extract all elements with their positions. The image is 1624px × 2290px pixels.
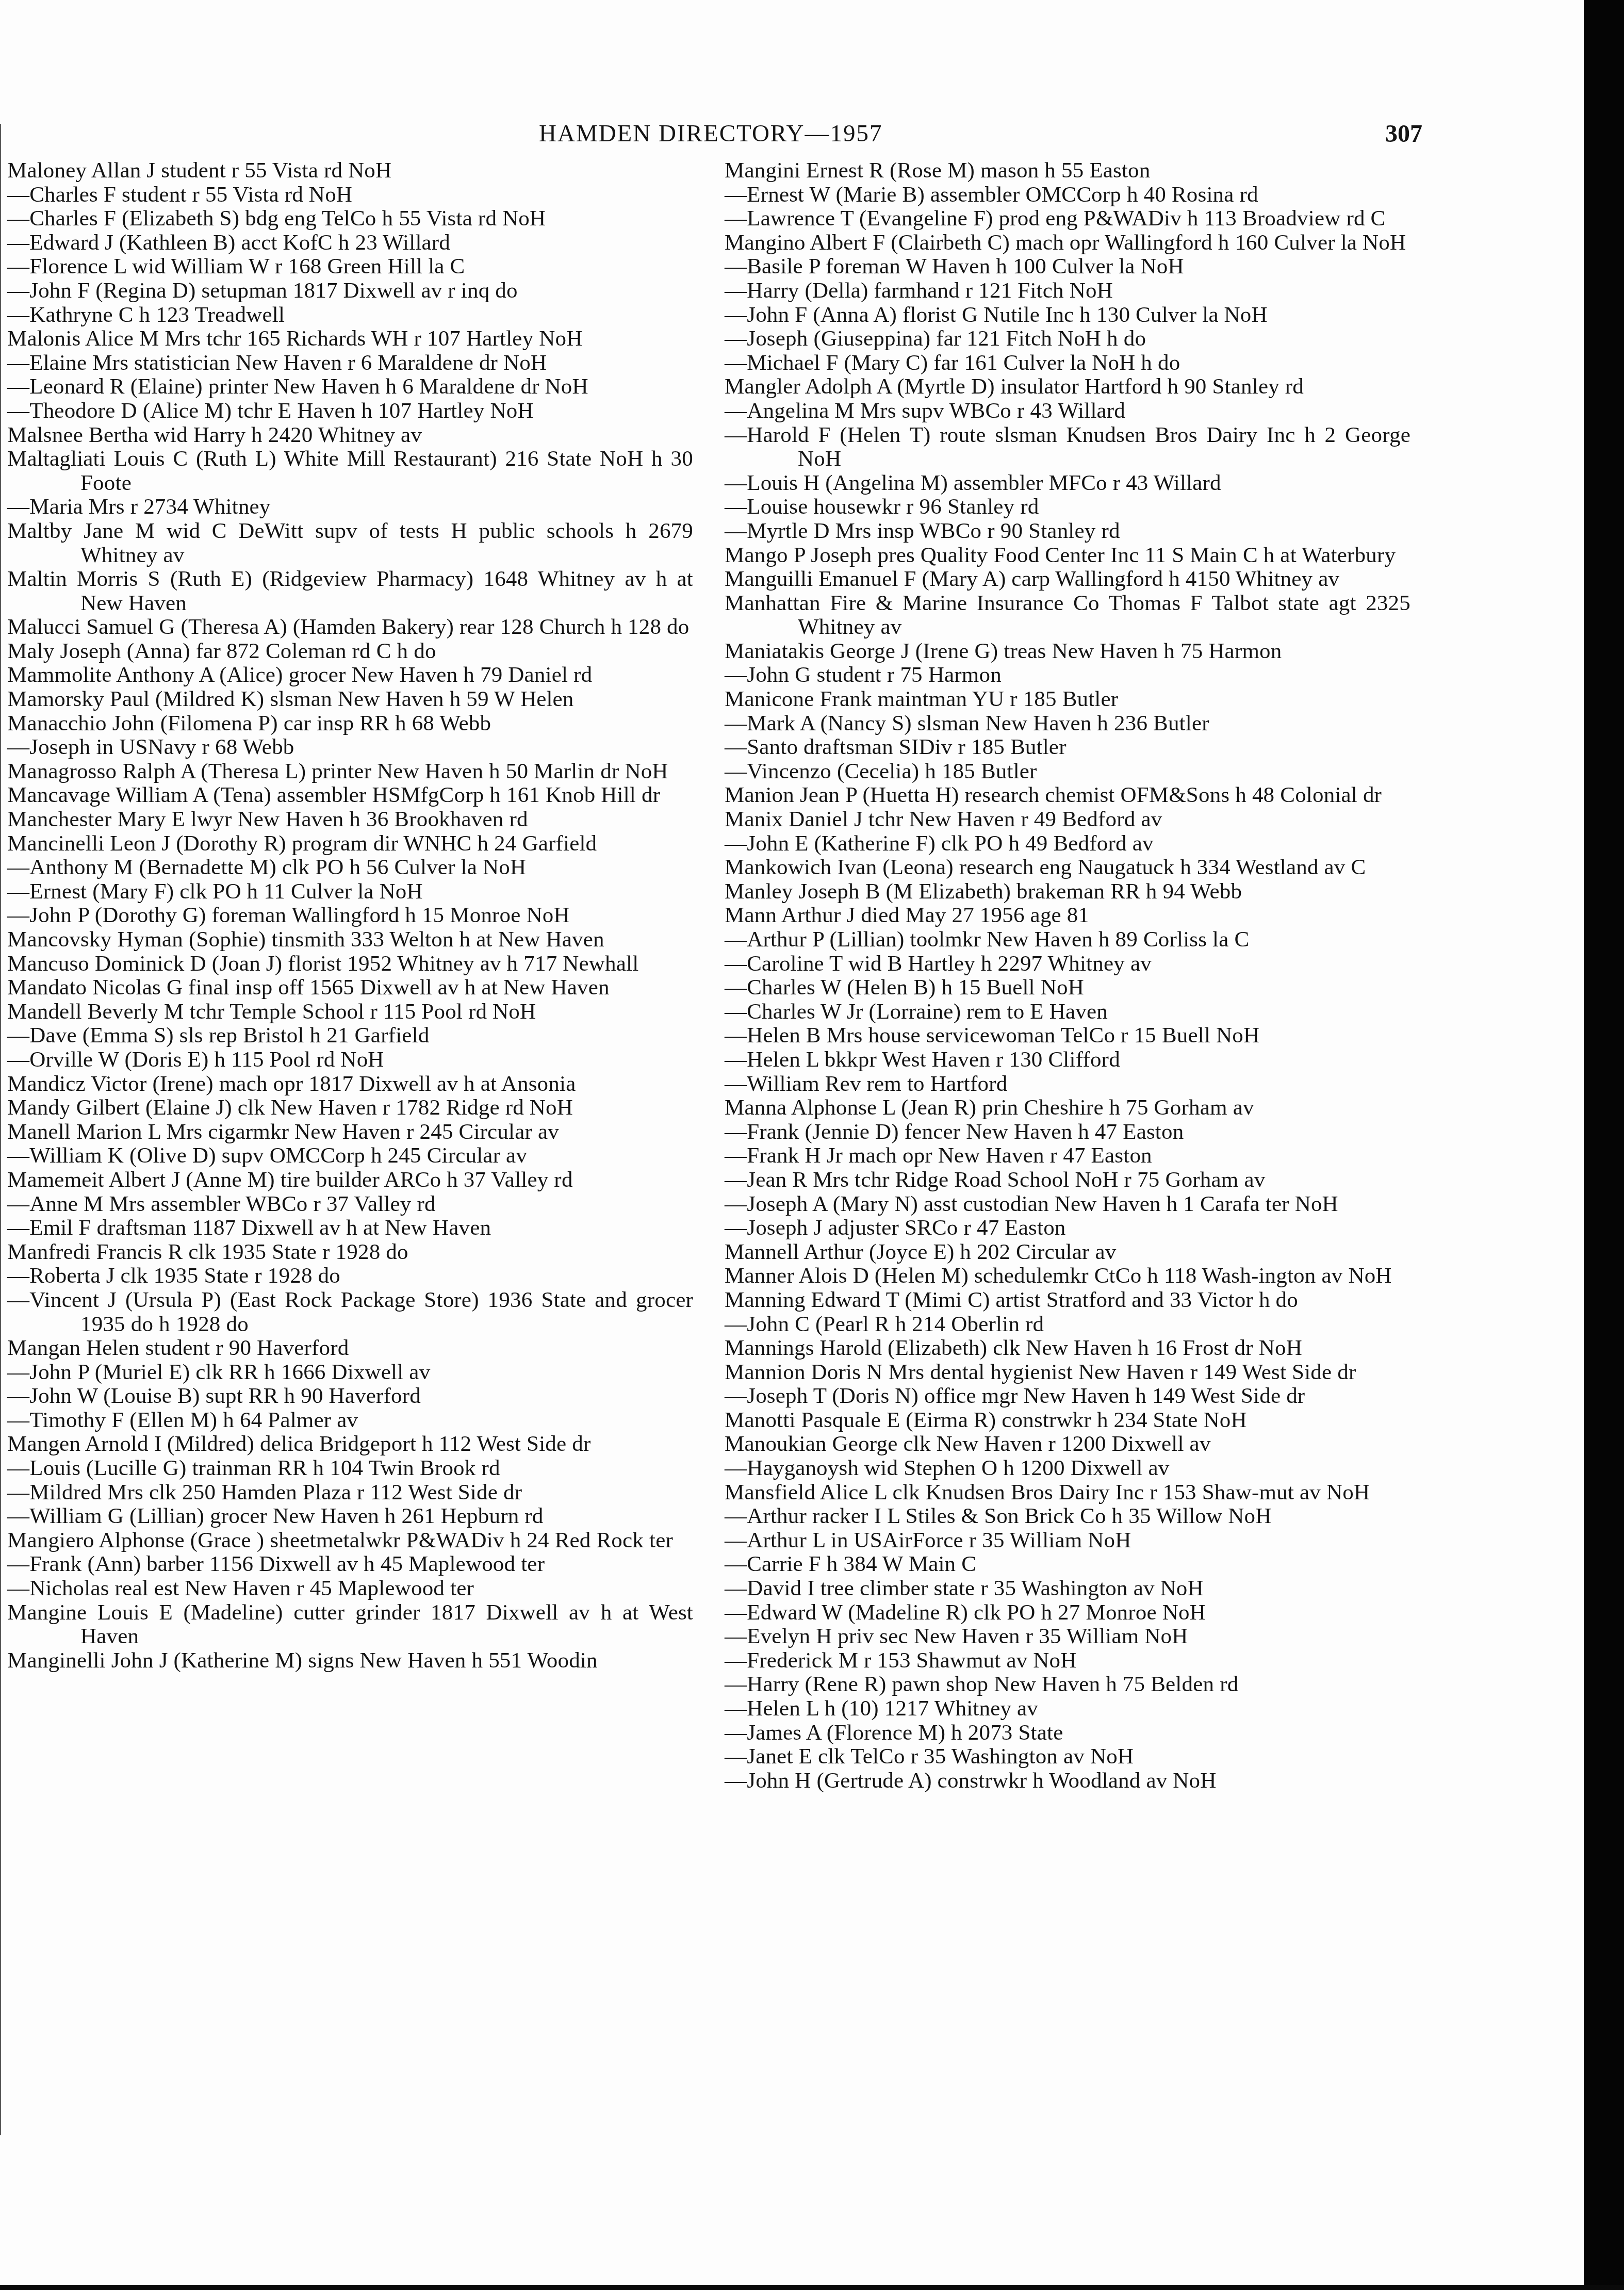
entry-text: —Evelyn H priv sec New Haven r 35 Willia…: [725, 1624, 1188, 1648]
directory-entry: —Roberta J clk 1935 State r 1928 do: [7, 1264, 693, 1288]
entry-text: —Roberta J clk 1935 State r 1928 do: [7, 1264, 340, 1288]
directory-entry: Mancinelli Leon J (Dorothy R) program di…: [7, 832, 693, 856]
directory-entry: Mansfield Alice L clk Knudsen Bros Dairy…: [725, 1481, 1410, 1505]
directory-entry: —Elaine Mrs statistician New Haven r 6 M…: [7, 351, 693, 375]
entry-text: —Vincent J (Ursula P) (East Rock Package…: [7, 1288, 693, 1336]
entry-text: Malonis Alice M Mrs tchr 165 Richards WH…: [7, 326, 583, 351]
directory-entry: Malonis Alice M Mrs tchr 165 Richards WH…: [7, 327, 693, 351]
entry-text: —John F (Regina D) setupman 1817 Dixwell…: [7, 279, 518, 303]
entry-text: —Ernest (Mary F) clk PO h 11 Culver la N…: [7, 879, 423, 904]
directory-entry: —Charles F student r 55 Vista rd NoH: [7, 183, 693, 207]
directory-entry: —Angelina M Mrs supv WBCo r 43 Willard: [725, 399, 1410, 423]
directory-entry: Manicone Frank maintman YU r 185 Butler: [725, 688, 1410, 712]
entry-text: —Edward W (Madeline R) clk PO h 27 Monro…: [725, 1600, 1206, 1625]
directory-entry: —Mildred Mrs clk 250 Hamden Plaza r 112 …: [7, 1481, 693, 1505]
directory-entry: —Myrtle D Mrs insp WBCo r 90 Stanley rd: [725, 519, 1410, 544]
entry-text: —Jean R Mrs tchr Ridge Road School NoH r…: [725, 1168, 1265, 1192]
entry-text: Mann Arthur J died May 27 1956 age 81: [725, 903, 1089, 927]
directory-entry: Manhattan Fire & Marine Insurance Co Tho…: [725, 592, 1410, 640]
directory-entry: Manguilli Emanuel F (Mary A) carp Wallin…: [725, 567, 1410, 592]
entry-text: Maltby Jane M wid C DeWitt supv of tests…: [7, 519, 693, 567]
directory-entry: —Harry (Rene R) pawn shop New Haven h 75…: [725, 1673, 1410, 1697]
entry-text: —John P (Muriel E) clk RR h 1666 Dixwell…: [7, 1360, 430, 1384]
entry-text: —Helen L bkkpr West Haven r 130 Clifford: [725, 1048, 1120, 1072]
directory-entry: —Harry (Della) farmhand r 121 Fitch NoH: [725, 279, 1410, 303]
entry-text: —Joseph J adjuster SRCo r 47 Easton: [725, 1216, 1066, 1240]
directory-entry: Manotti Pasquale E (Eirma R) constrwkr h…: [725, 1409, 1410, 1433]
entry-text: —John W (Louise B) supt RR h 90 Haverfor…: [7, 1384, 421, 1408]
right-column: Mangini Ernest R (Rose M) mason h 55 Eas…: [725, 159, 1410, 1793]
directory-entry: Mangiero Alphonse (Grace ) sheetmetalwkr…: [7, 1529, 693, 1553]
entry-text: —William Rev rem to Hartford: [725, 1072, 1007, 1096]
directory-entry: Malsnee Bertha wid Harry h 2420 Whitney …: [7, 423, 693, 448]
directory-entry: —John F (Regina D) setupman 1817 Dixwell…: [7, 279, 693, 303]
entry-text: Mancinelli Leon J (Dorothy R) program di…: [7, 831, 597, 856]
directory-entry: —Helen B Mrs house servicewoman TelCo r …: [725, 1024, 1410, 1048]
directory-entry: —Frank (Ann) barber 1156 Dixwell av h 45…: [7, 1552, 693, 1577]
entry-text: —Dave (Emma S) sls rep Bristol h 21 Garf…: [7, 1023, 429, 1048]
entry-text: —Nicholas real est New Haven r 45 Maplew…: [7, 1576, 474, 1600]
directory-entry: —John W (Louise B) supt RR h 90 Haverfor…: [7, 1384, 693, 1409]
entry-text: —James A (Florence M) h 2073 State: [725, 1721, 1063, 1745]
directory-entry: —Joseph (Giuseppina) far 121 Fitch NoH h…: [725, 327, 1410, 351]
directory-entry: —Kathryne C h 123 Treadwell: [7, 303, 693, 328]
directory-entry: —Santo draftsman SIDiv r 185 Butler: [725, 735, 1410, 760]
directory-entry: —Basile P foreman W Haven h 100 Culver l…: [725, 255, 1410, 279]
entry-text: —Frederick M r 153 Shawmut av NoH: [725, 1648, 1077, 1673]
directory-entry: Manfredi Francis R clk 1935 State r 1928…: [7, 1240, 693, 1265]
directory-entry: —Louise housewkr r 96 Stanley rd: [725, 495, 1410, 519]
directory-entry: —Helen L h (10) 1217 Whitney av: [725, 1697, 1410, 1721]
directory-entry: —Orville W (Doris E) h 115 Pool rd NoH: [7, 1048, 693, 1072]
directory-entry: —John H (Gertrude A) constrwkr h Woodlan…: [725, 1769, 1410, 1793]
directory-entry: —David I tree climber state r 35 Washing…: [725, 1577, 1410, 1601]
entry-text: Mandell Beverly M tchr Temple School r 1…: [7, 1000, 536, 1024]
entry-text: Mandato Nicolas G final insp off 1565 Di…: [7, 975, 610, 1000]
entry-text: Managrosso Ralph A (Theresa L) printer N…: [7, 759, 668, 783]
directory-entry: —William K (Olive D) supv OMCCorp h 245 …: [7, 1144, 693, 1168]
directory-entry: —James A (Florence M) h 2073 State: [725, 1721, 1410, 1745]
entry-text: —Joseph in USNavy r 68 Webb: [7, 735, 294, 759]
entry-text: Manix Daniel J tchr New Haven r 49 Bedfo…: [725, 807, 1162, 831]
directory-entry: Mamemeit Albert J (Anne M) tire builder …: [7, 1168, 693, 1192]
entry-text: —Joseph T (Doris N) office mgr New Haven…: [725, 1384, 1305, 1408]
entry-text: Manfredi Francis R clk 1935 State r 1928…: [7, 1240, 408, 1264]
directory-entry: —Dave (Emma S) sls rep Bristol h 21 Garf…: [7, 1024, 693, 1048]
entry-text: —John P (Dorothy G) foreman Wallingford …: [7, 903, 570, 927]
entry-text: Maltin Morris S (Ruth E) (Ridgeview Phar…: [7, 567, 693, 615]
entry-text: Mangini Ernest R (Rose M) mason h 55 Eas…: [725, 158, 1151, 183]
directory-entry: Manix Daniel J tchr New Haven r 49 Bedfo…: [725, 808, 1410, 832]
directory-entry: Mammolite Anthony A (Alice) grocer New H…: [7, 663, 693, 688]
entry-text: Mangino Albert F (Clairbeth C) mach opr …: [725, 231, 1406, 255]
entry-text: —John E (Katherine F) clk PO h 49 Bedfor…: [725, 831, 1154, 856]
entry-text: Mamemeit Albert J (Anne M) tire builder …: [7, 1168, 573, 1192]
directory-entry: —Frederick M r 153 Shawmut av NoH: [725, 1649, 1410, 1673]
directory-entry: Maloney Allan J student r 55 Vista rd No…: [7, 159, 693, 183]
directory-entry: —Ernest W (Marie B) assembler OMCCorp h …: [725, 183, 1410, 207]
directory-entry: —Lawrence T (Evangeline F) prod eng P&WA…: [725, 207, 1410, 231]
directory-entry: —Jean R Mrs tchr Ridge Road School NoH r…: [725, 1168, 1410, 1192]
directory-entry: —Louis (Lucille G) trainman RR h 104 Twi…: [7, 1457, 693, 1481]
directory-entry: Manning Edward T (Mimi C) artist Stratfo…: [725, 1288, 1410, 1313]
entry-text: —Michael F (Mary C) far 161 Culver la No…: [725, 351, 1180, 375]
entry-text: Mangiero Alphonse (Grace ) sheetmetalwkr…: [7, 1528, 673, 1552]
entry-text: Malucci Samuel G (Theresa A) (Hamden Bak…: [7, 615, 690, 639]
entry-text: Mangen Arnold I (Mildred) delica Bridgep…: [7, 1432, 591, 1456]
entry-text: —Ernest W (Marie B) assembler OMCCorp h …: [725, 183, 1258, 207]
entry-text: —Basile P foreman W Haven h 100 Culver l…: [725, 254, 1184, 279]
directory-entry: Manginelli John J (Katherine M) signs Ne…: [7, 1649, 693, 1673]
directory-entry: —Michael F (Mary C) far 161 Culver la No…: [725, 351, 1410, 375]
entry-text: Mangler Adolph A (Myrtle D) insulator Ha…: [725, 374, 1304, 399]
entry-text: Manley Joseph B (M Elizabeth) brakeman R…: [725, 879, 1242, 904]
entry-text: —Frank H Jr mach opr New Haven r 47 East…: [725, 1143, 1152, 1168]
directory-entry: Mancavage William A (Tena) assembler HSM…: [7, 783, 693, 808]
directory-entry: Maly Joseph (Anna) far 872 Coleman rd C …: [7, 640, 693, 664]
directory-entry: —Caroline T wid B Hartley h 2297 Whitney…: [725, 952, 1410, 976]
directory-entry: Managrosso Ralph A (Theresa L) printer N…: [7, 760, 693, 784]
directory-entry: —Florence L wid William W r 168 Green Hi…: [7, 255, 693, 279]
directory-entry: —Anthony M (Bernadette M) clk PO h 56 Cu…: [7, 856, 693, 880]
directory-entry: —John C (Pearl R h 214 Oberlin rd: [725, 1313, 1410, 1337]
entry-text: Manion Jean P (Huetta H) research chemis…: [725, 783, 1382, 807]
directory-title: HAMDEN DIRECTORY—1957: [539, 120, 883, 148]
entry-text: —David I tree climber state r 35 Washing…: [725, 1576, 1204, 1600]
entry-text: Mamorsky Paul (Mildred K) slsman New Hav…: [7, 687, 574, 711]
directory-entry: —Edward J (Kathleen B) acct KofC h 23 Wi…: [7, 231, 693, 255]
entry-text: —Angelina M Mrs supv WBCo r 43 Willard: [725, 399, 1125, 423]
entry-text: Maloney Allan J student r 55 Vista rd No…: [7, 158, 391, 183]
directory-entry: Mangen Arnold I (Mildred) delica Bridgep…: [7, 1432, 693, 1457]
directory-entry: —Arthur L in USAirForce r 35 William NoH: [725, 1529, 1410, 1553]
entry-text: —Elaine Mrs statistician New Haven r 6 M…: [7, 351, 547, 375]
directory-entry: Mann Arthur J died May 27 1956 age 81: [725, 904, 1410, 928]
entry-text: —John G student r 75 Harmon: [725, 663, 1002, 687]
directory-entry: —Timothy F (Ellen M) h 64 Palmer av: [7, 1409, 693, 1433]
entry-text: —William K (Olive D) supv OMCCorp h 245 …: [7, 1143, 527, 1168]
directory-entry: —Nicholas real est New Haven r 45 Maplew…: [7, 1577, 693, 1601]
entry-text: —John F (Anna A) florist G Nutile Inc h …: [725, 303, 1268, 327]
directory-entry: Manchester Mary E lwyr New Haven h 36 Br…: [7, 808, 693, 832]
entry-text: —Harry (Della) farmhand r 121 Fitch NoH: [725, 279, 1113, 303]
entry-text: —Hayganoysh wid Stephen O h 1200 Dixwell…: [725, 1456, 1170, 1480]
directory-entry: Manell Marion L Mrs cigarmkr New Haven r…: [7, 1120, 693, 1144]
directory-entry: —Charles W (Helen B) h 15 Buell NoH: [725, 976, 1410, 1000]
entry-text: —Charles W Jr (Lorraine) rem to E Haven: [725, 1000, 1108, 1024]
directory-entry: —Frank (Jennie D) fencer New Haven h 47 …: [725, 1120, 1410, 1144]
entry-text: Manicone Frank maintman YU r 185 Butler: [725, 687, 1118, 711]
directory-entry: —Maria Mrs r 2734 Whitney: [7, 495, 693, 519]
entry-text: —Carrie F h 384 W Main C: [725, 1552, 976, 1576]
entry-text: —Leonard R (Elaine) printer New Haven h …: [7, 374, 588, 399]
entry-text: Maltagliati Louis C (Ruth L) White Mill …: [7, 447, 693, 495]
directory-entry: Manley Joseph B (M Elizabeth) brakeman R…: [725, 880, 1410, 904]
entry-text: Mancavage William A (Tena) assembler HSM…: [7, 783, 660, 807]
entry-text: —Louise housewkr r 96 Stanley rd: [725, 495, 1039, 519]
entry-text: Mancovsky Hyman (Sophie) tinsmith 333 We…: [7, 927, 604, 952]
directory-page: HAMDEN DIRECTORY—1957 307 Maloney Allan …: [0, 0, 1584, 2285]
entry-text: Manhattan Fire & Marine Insurance Co Tho…: [725, 591, 1410, 640]
entry-text: —Janet E clk TelCo r 35 Washington av No…: [725, 1744, 1134, 1769]
directory-entry: —Vincenzo (Cecelia) h 185 Butler: [725, 760, 1410, 784]
entry-text: —Louis H (Angelina M) assembler MFCo r 4…: [725, 471, 1221, 495]
entry-text: —Anthony M (Bernadette M) clk PO h 56 Cu…: [7, 855, 526, 879]
directory-entry: Maltin Morris S (Ruth E) (Ridgeview Phar…: [7, 567, 693, 615]
entry-text: —Charles F (Elizabeth S) bdg eng TelCo h…: [7, 206, 546, 231]
entry-text: Manotti Pasquale E (Eirma R) constrwkr h…: [725, 1408, 1247, 1432]
entry-text: —Charles F student r 55 Vista rd NoH: [7, 183, 352, 207]
directory-entry: Mandy Gilbert (Elaine J) clk New Haven r…: [7, 1096, 693, 1120]
entry-text: —Harry (Rene R) pawn shop New Haven h 75…: [725, 1672, 1238, 1696]
entry-text: Manchester Mary E lwyr New Haven h 36 Br…: [7, 807, 528, 831]
directory-entry: Mandell Beverly M tchr Temple School r 1…: [7, 1000, 693, 1024]
directory-entry: —Louis H (Angelina M) assembler MFCo r 4…: [725, 471, 1410, 496]
directory-entry: —Arthur racker I L Stiles & Son Brick Co…: [725, 1504, 1410, 1529]
directory-entry: —John G student r 75 Harmon: [725, 663, 1410, 688]
entry-text: —Maria Mrs r 2734 Whitney: [7, 495, 271, 519]
entry-text: Mannion Doris N Mrs dental hygienist New…: [725, 1360, 1356, 1384]
page-edge-line: [0, 124, 1, 2135]
directory-entry: Mandicz Victor (Irene) mach opr 1817 Dix…: [7, 1072, 693, 1097]
entry-text: —Vincenzo (Cecelia) h 185 Butler: [725, 759, 1037, 783]
entry-text: —Arthur P (Lillian) toolmkr New Haven h …: [725, 927, 1249, 952]
directory-entry: Mancuso Dominick D (Joan J) florist 1952…: [7, 952, 693, 976]
directory-entry: —Joseph in USNavy r 68 Webb: [7, 735, 693, 760]
entry-text: Malsnee Bertha wid Harry h 2420 Whitney …: [7, 423, 422, 447]
entry-text: —Louis (Lucille G) trainman RR h 104 Twi…: [7, 1456, 500, 1480]
entry-text: —Mildred Mrs clk 250 Hamden Plaza r 112 …: [7, 1480, 522, 1504]
page-header: HAMDEN DIRECTORY—1957 307: [0, 120, 1485, 151]
entry-text: Maniatakis George J (Irene G) treas New …: [725, 639, 1282, 663]
entry-text: —Helen L h (10) 1217 Whitney av: [725, 1696, 1038, 1721]
entry-text: Mangan Helen student r 90 Haverford: [7, 1336, 349, 1360]
directory-entry: —Janet E clk TelCo r 35 Washington av No…: [725, 1745, 1410, 1769]
left-column: Maloney Allan J student r 55 Vista rd No…: [7, 159, 693, 1673]
directory-entry: —Joseph A (Mary N) asst custodian New Ha…: [725, 1192, 1410, 1217]
entry-text: —Mark A (Nancy S) slsman New Haven h 236…: [725, 711, 1209, 735]
entry-text: —Frank (Jennie D) fencer New Haven h 47 …: [725, 1120, 1184, 1144]
entry-text: —John H (Gertrude A) constrwkr h Woodlan…: [725, 1769, 1217, 1793]
entry-text: Mandicz Victor (Irene) mach opr 1817 Dix…: [7, 1072, 576, 1096]
directory-entry: —Ernest (Mary F) clk PO h 11 Culver la N…: [7, 880, 693, 904]
entry-text: Manner Alois D (Helen M) schedulemkr CtC…: [725, 1264, 1392, 1288]
entry-text: —Kathryne C h 123 Treadwell: [7, 303, 285, 327]
directory-entry: —Vincent J (Ursula P) (East Rock Package…: [7, 1288, 693, 1336]
directory-entry: —Charles W Jr (Lorraine) rem to E Haven: [725, 1000, 1410, 1024]
entry-text: Mansfield Alice L clk Knudsen Bros Dairy…: [725, 1480, 1370, 1504]
entry-text: Mandy Gilbert (Elaine J) clk New Haven r…: [7, 1095, 573, 1120]
directory-entry: —Helen L bkkpr West Haven r 130 Clifford: [725, 1048, 1410, 1072]
entry-text: Manning Edward T (Mimi C) artist Stratfo…: [725, 1288, 1298, 1312]
entry-text: —Anne M Mrs assembler WBCo r 37 Valley r…: [7, 1192, 436, 1216]
directory-entry: —Harold F (Helen T) route slsman Knudsen…: [725, 423, 1410, 471]
directory-entry: Mangini Ernest R (Rose M) mason h 55 Eas…: [725, 159, 1410, 183]
page-number: 307: [1385, 120, 1422, 148]
directory-entry: —Edward W (Madeline R) clk PO h 27 Monro…: [725, 1601, 1410, 1625]
entry-text: Manoukian George clk New Haven r 1200 Di…: [725, 1432, 1211, 1456]
entry-text: —Joseph (Giuseppina) far 121 Fitch NoH h…: [725, 326, 1146, 351]
entry-text: —Arthur racker I L Stiles & Son Brick Co…: [725, 1504, 1271, 1528]
directory-entry: Manacchio John (Filomena P) car insp RR …: [7, 712, 693, 736]
directory-entry: —Joseph T (Doris N) office mgr New Haven…: [725, 1384, 1410, 1409]
entry-text: —John C (Pearl R h 214 Oberlin rd: [725, 1312, 1044, 1336]
directory-entry: —Frank H Jr mach opr New Haven r 47 East…: [725, 1144, 1410, 1168]
directory-entry: Manna Alphonse L (Jean R) prin Cheshire …: [725, 1096, 1410, 1120]
entry-text: —Orville W (Doris E) h 115 Pool rd NoH: [7, 1048, 384, 1072]
entry-text: —Timothy F (Ellen M) h 64 Palmer av: [7, 1408, 358, 1432]
directory-entry: —Emil F draftsman 1187 Dixwell av h at N…: [7, 1216, 693, 1240]
directory-entry: Manion Jean P (Huetta H) research chemis…: [725, 783, 1410, 808]
directory-entry: Malucci Samuel G (Theresa A) (Hamden Bak…: [7, 615, 693, 640]
entry-text: —Florence L wid William W r 168 Green Hi…: [7, 254, 465, 279]
entry-text: Manguilli Emanuel F (Mary A) carp Wallin…: [725, 567, 1339, 591]
entry-text: Manna Alphonse L (Jean R) prin Cheshire …: [725, 1095, 1254, 1120]
entry-text: —Edward J (Kathleen B) acct KofC h 23 Wi…: [7, 231, 450, 255]
entry-text: —Lawrence T (Evangeline F) prod eng P&WA…: [725, 206, 1385, 231]
directory-entry: Mandato Nicolas G final insp off 1565 Di…: [7, 976, 693, 1000]
entry-text: Mancuso Dominick D (Joan J) florist 1952…: [7, 952, 638, 976]
entry-text: Manginelli John J (Katherine M) signs Ne…: [7, 1648, 598, 1673]
directory-entry: —Hayganoysh wid Stephen O h 1200 Dixwell…: [725, 1457, 1410, 1481]
directory-entry: —Arthur P (Lillian) toolmkr New Haven h …: [725, 928, 1410, 952]
entry-text: Mankowich Ivan (Leona) research eng Naug…: [725, 855, 1366, 879]
directory-entry: Mannion Doris N Mrs dental hygienist New…: [725, 1361, 1410, 1385]
directory-entry: Mango P Joseph pres Quality Food Center …: [725, 544, 1410, 568]
directory-entry: —William G (Lillian) grocer New Haven h …: [7, 1504, 693, 1529]
directory-entry: Maltagliati Louis C (Ruth L) White Mill …: [7, 447, 693, 495]
directory-entry: —Mark A (Nancy S) slsman New Haven h 236…: [725, 712, 1410, 736]
entry-text: —William G (Lillian) grocer New Haven h …: [7, 1504, 544, 1528]
directory-entry: Maltby Jane M wid C DeWitt supv of tests…: [7, 519, 693, 567]
directory-entry: Manoukian George clk New Haven r 1200 Di…: [725, 1432, 1410, 1457]
directory-entry: Mangino Albert F (Clairbeth C) mach opr …: [725, 231, 1410, 255]
entry-text: —Frank (Ann) barber 1156 Dixwell av h 45…: [7, 1552, 545, 1576]
directory-entry: —Carrie F h 384 W Main C: [725, 1552, 1410, 1577]
directory-entry: —Anne M Mrs assembler WBCo r 37 Valley r…: [7, 1192, 693, 1217]
entry-text: Manacchio John (Filomena P) car insp RR …: [7, 711, 491, 735]
directory-entry: Mankowich Ivan (Leona) research eng Naug…: [725, 856, 1410, 880]
entry-text: Mangine Louis E (Madeline) cutter grinde…: [7, 1600, 693, 1649]
directory-entry: —Evelyn H priv sec New Haven r 35 Willia…: [725, 1625, 1410, 1649]
directory-entry: Mamorsky Paul (Mildred K) slsman New Hav…: [7, 688, 693, 712]
entry-text: Mannell Arthur (Joyce E) h 202 Circular …: [725, 1240, 1117, 1264]
scan-border-right: [1584, 0, 1624, 2290]
entry-text: Mango P Joseph pres Quality Food Center …: [725, 543, 1396, 567]
entry-text: —Arthur L in USAirForce r 35 William NoH: [725, 1528, 1131, 1552]
entry-text: —Myrtle D Mrs insp WBCo r 90 Stanley rd: [725, 519, 1120, 543]
directory-entry: Maniatakis George J (Irene G) treas New …: [725, 640, 1410, 664]
directory-entry: —William Rev rem to Hartford: [725, 1072, 1410, 1097]
directory-entry: —John F (Anna A) florist G Nutile Inc h …: [725, 303, 1410, 328]
scan-border-bottom: [0, 2285, 1624, 2290]
entry-text: Manell Marion L Mrs cigarmkr New Haven r…: [7, 1120, 559, 1144]
directory-entry: —John E (Katherine F) clk PO h 49 Bedfor…: [725, 832, 1410, 856]
directory-entry: —Theodore D (Alice M) tchr E Haven h 107…: [7, 399, 693, 423]
directory-entry: Mangine Louis E (Madeline) cutter grinde…: [7, 1601, 693, 1649]
entry-text: —Harold F (Helen T) route slsman Knudsen…: [725, 423, 1410, 471]
entry-text: —Emil F draftsman 1187 Dixwell av h at N…: [7, 1216, 491, 1240]
directory-entry: Manner Alois D (Helen M) schedulemkr CtC…: [725, 1264, 1410, 1288]
directory-entry: Mannings Harold (Elizabeth) clk New Have…: [725, 1336, 1410, 1361]
directory-entry: Mangler Adolph A (Myrtle D) insulator Ha…: [725, 375, 1410, 399]
directory-entry: —John P (Muriel E) clk RR h 1666 Dixwell…: [7, 1361, 693, 1385]
entry-text: —Santo draftsman SIDiv r 185 Butler: [725, 735, 1067, 759]
entry-text: Mammolite Anthony A (Alice) grocer New H…: [7, 663, 592, 687]
directory-entry: Mangan Helen student r 90 Haverford: [7, 1336, 693, 1361]
directory-entry: —Charles F (Elizabeth S) bdg eng TelCo h…: [7, 207, 693, 231]
directory-entry: —John P (Dorothy G) foreman Wallingford …: [7, 904, 693, 928]
entry-text: Mannings Harold (Elizabeth) clk New Have…: [725, 1336, 1302, 1360]
entry-text: —Charles W (Helen B) h 15 Buell NoH: [725, 975, 1084, 1000]
entry-text: —Joseph A (Mary N) asst custodian New Ha…: [725, 1192, 1338, 1216]
entry-text: —Helen B Mrs house servicewoman TelCo r …: [725, 1023, 1259, 1048]
directory-entry: Mancovsky Hyman (Sophie) tinsmith 333 We…: [7, 928, 693, 952]
directory-entry: —Leonard R (Elaine) printer New Haven h …: [7, 375, 693, 399]
directory-entry: —Joseph J adjuster SRCo r 47 Easton: [725, 1216, 1410, 1240]
directory-entry: Mannell Arthur (Joyce E) h 202 Circular …: [725, 1240, 1410, 1265]
entry-text: —Caroline T wid B Hartley h 2297 Whitney…: [725, 952, 1152, 976]
entry-text: Maly Joseph (Anna) far 872 Coleman rd C …: [7, 639, 436, 663]
entry-text: —Theodore D (Alice M) tchr E Haven h 107…: [7, 399, 534, 423]
